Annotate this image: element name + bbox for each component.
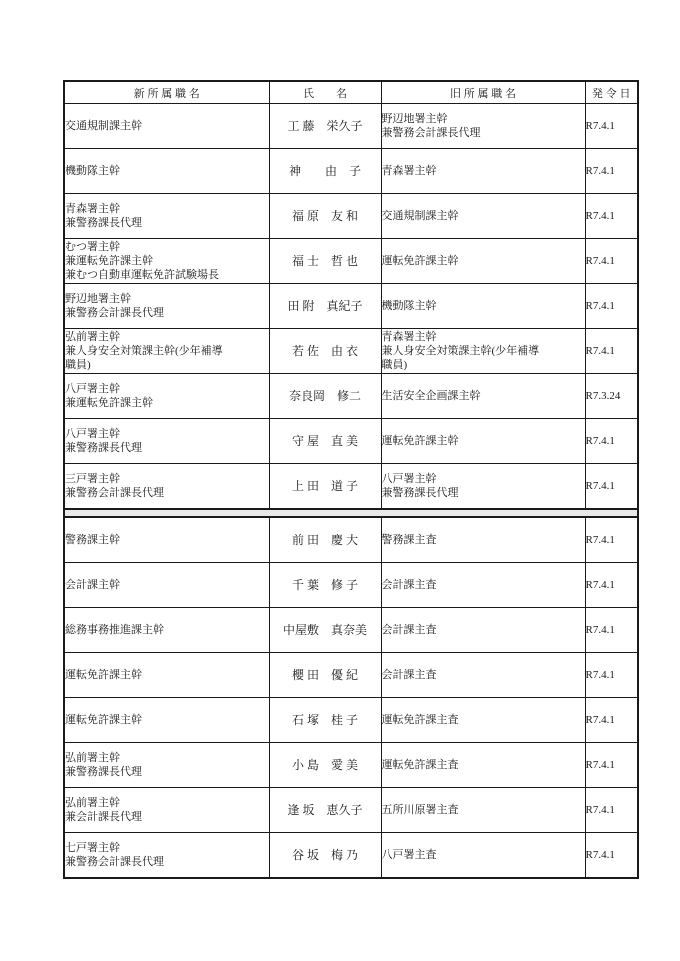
table-row: 会計課主幹千 葉 修 子会計課主査R7.4.1 [64,563,638,608]
table-row: 野辺地署主幹兼警務会計課長代理田 附 真紀子機動隊主幹R7.4.1 [64,284,638,329]
header-name: 氏 名 [269,81,381,104]
old-position-cell: 運転免許課主査 [381,698,585,743]
new-position-cell: 交通規制課主幹 [64,104,269,149]
new-position-cell: 三戸署主幹兼警務会計課長代理 [64,464,269,510]
header-date: 発 令 日 [585,81,638,104]
section-separator [64,509,638,517]
name-cell: 逢 坂 恵久子 [269,788,381,833]
new-position-cell: 七戸署主幹兼警務会計課長代理 [64,833,269,879]
table-row: 弘前署主幹兼警務課長代理小 島 愛 美運転免許課主査R7.4.1 [64,743,638,788]
old-position-cell: 運転免許課主査 [381,743,585,788]
date-cell: R7.4.1 [585,464,638,510]
old-position-cell: 会計課主査 [381,608,585,653]
header-old-position: 旧 所 属 職 名 [381,81,585,104]
name-cell: 千 葉 修 子 [269,563,381,608]
new-position-cell: 運転免許課主幹 [64,653,269,698]
date-cell: R7.4.1 [585,517,638,563]
table-row: 八戸署主幹兼運転免許課主幹奈良岡 修二生活安全企画課主幹R7.3.24 [64,374,638,419]
old-position-cell: 青森署主幹兼人身安全対策課主幹(少年補導職員) [381,329,585,374]
date-cell: R7.4.1 [585,833,638,879]
date-cell: R7.4.1 [585,419,638,464]
date-cell: R7.4.1 [585,104,638,149]
new-position-cell: むつ署主幹兼運転免許課主幹兼むつ自動車運転免許試験場長 [64,239,269,284]
new-position-cell: 弘前署主幹兼警務課長代理 [64,743,269,788]
old-position-cell: 運転免許課主幹 [381,419,585,464]
new-position-cell: 弘前署主幹兼人身安全対策課主幹(少年補導職員) [64,329,269,374]
date-cell: R7.4.1 [585,194,638,239]
date-cell: R7.4.1 [585,608,638,653]
date-cell: R7.4.1 [585,653,638,698]
new-position-cell: 機動隊主幹 [64,149,269,194]
name-cell: 石 塚 桂 子 [269,698,381,743]
new-position-cell: 野辺地署主幹兼警務会計課長代理 [64,284,269,329]
table-row: 運転免許課主幹櫻 田 優 紀会計課主査R7.4.1 [64,653,638,698]
old-position-cell: 五所川原署主査 [381,788,585,833]
new-position-cell: 青森署主幹兼警務課長代理 [64,194,269,239]
name-cell: 櫻 田 優 紀 [269,653,381,698]
section-separator-band [64,509,638,517]
date-cell: R7.4.1 [585,698,638,743]
old-position-cell: 警務課主査 [381,517,585,563]
old-position-cell: 会計課主査 [381,653,585,698]
table-row: 三戸署主幹兼警務会計課長代理上 田 道 子八戸署主幹兼警務課長代理R7.4.1 [64,464,638,510]
new-position-cell: 総務事務推進課主幹 [64,608,269,653]
name-cell: 工 藤 栄久子 [269,104,381,149]
date-cell: R7.4.1 [585,563,638,608]
table-row: 総務事務推進課主幹中屋敷 真奈美会計課主査R7.4.1 [64,608,638,653]
name-cell: 中屋敷 真奈美 [269,608,381,653]
date-cell: R7.4.1 [585,239,638,284]
date-cell: R7.4.1 [585,788,638,833]
name-cell: 守 屋 直 美 [269,419,381,464]
table-row: 青森署主幹兼警務課長代理福 原 友 和交通規制課主幹R7.4.1 [64,194,638,239]
name-cell: 神 由 子 [269,149,381,194]
table-row: 機動隊主幹神 由 子青森署主幹R7.4.1 [64,149,638,194]
old-position-cell: 青森署主幹 [381,149,585,194]
table-row: 警務課主幹前 田 慶 大警務課主査R7.4.1 [64,517,638,563]
old-position-cell: 生活安全企画課主幹 [381,374,585,419]
old-position-cell: 交通規制課主幹 [381,194,585,239]
table-row: むつ署主幹兼運転免許課主幹兼むつ自動車運転免許試験場長福 士 哲 也運転免許課主… [64,239,638,284]
name-cell: 福 士 哲 也 [269,239,381,284]
table-row: 運転免許課主幹石 塚 桂 子運転免許課主査R7.4.1 [64,698,638,743]
name-cell: 谷 坂 梅 乃 [269,833,381,879]
table-row: 弘前署主幹兼人身安全対策課主幹(少年補導職員)若 佐 由 衣青森署主幹兼人身安全… [64,329,638,374]
old-position-cell: 機動隊主幹 [381,284,585,329]
table-row: 弘前署主幹兼会計課長代理逢 坂 恵久子五所川原署主査R7.4.1 [64,788,638,833]
old-position-cell: 会計課主査 [381,563,585,608]
name-cell: 奈良岡 修二 [269,374,381,419]
name-cell: 上 田 道 子 [269,464,381,510]
header-new-position: 新 所 属 職 名 [64,81,269,104]
old-position-cell: 八戸署主査 [381,833,585,879]
old-position-cell: 八戸署主幹兼警務課長代理 [381,464,585,510]
date-cell: R7.4.1 [585,329,638,374]
name-cell: 小 島 愛 美 [269,743,381,788]
date-cell: R7.4.1 [585,149,638,194]
table-row: 交通規制課主幹工 藤 栄久子野辺地署主幹兼警務会計課長代理R7.4.1 [64,104,638,149]
name-cell: 田 附 真紀子 [269,284,381,329]
date-cell: R7.3.24 [585,374,638,419]
old-position-cell: 運転免許課主幹 [381,239,585,284]
new-position-cell: 八戸署主幹兼警務課長代理 [64,419,269,464]
new-position-cell: 八戸署主幹兼運転免許課主幹 [64,374,269,419]
name-cell: 若 佐 由 衣 [269,329,381,374]
new-position-cell: 会計課主幹 [64,563,269,608]
new-position-cell: 運転免許課主幹 [64,698,269,743]
date-cell: R7.4.1 [585,284,638,329]
name-cell: 福 原 友 和 [269,194,381,239]
date-cell: R7.4.1 [585,743,638,788]
name-cell: 前 田 慶 大 [269,517,381,563]
new-position-cell: 警務課主幹 [64,517,269,563]
new-position-cell: 弘前署主幹兼会計課長代理 [64,788,269,833]
header-row: 新 所 属 職 名 氏 名 旧 所 属 職 名 発 令 日 [64,81,638,104]
old-position-cell: 野辺地署主幹兼警務会計課長代理 [381,104,585,149]
personnel-transfer-table: 新 所 属 職 名 氏 名 旧 所 属 職 名 発 令 日 交通規制課主幹工 藤… [63,80,639,879]
document-page: 新 所 属 職 名 氏 名 旧 所 属 職 名 発 令 日 交通規制課主幹工 藤… [0,0,680,961]
table-row: 八戸署主幹兼警務課長代理守 屋 直 美運転免許課主幹R7.4.1 [64,419,638,464]
table-row: 七戸署主幹兼警務会計課長代理谷 坂 梅 乃八戸署主査R7.4.1 [64,833,638,879]
